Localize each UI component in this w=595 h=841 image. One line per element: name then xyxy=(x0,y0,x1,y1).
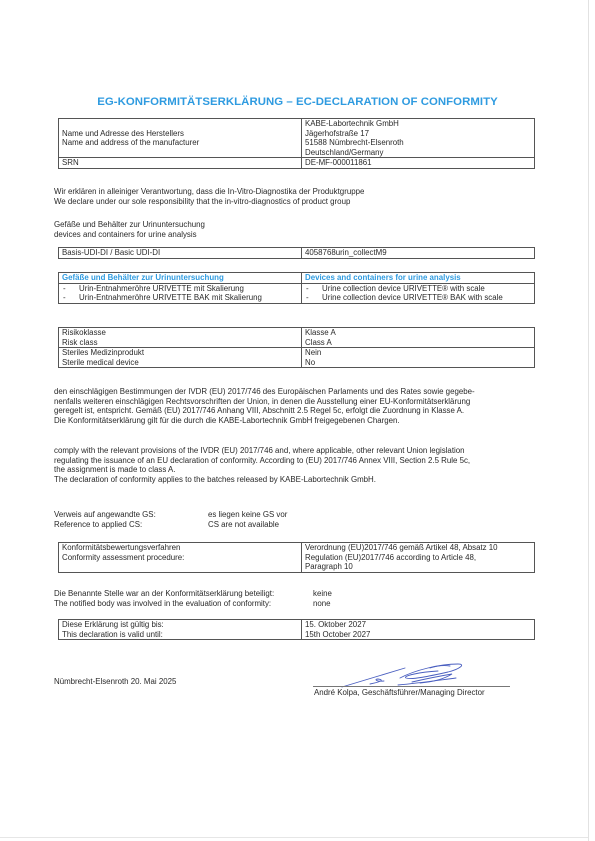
text-line: geregelt ist, entspricht. Gemäß (EU) 201… xyxy=(54,406,544,416)
products-header-de: Gefäße und Behälter zur Urinuntersuchung xyxy=(59,273,302,284)
label-de: Verweis auf angewandte GS: xyxy=(54,510,156,520)
notified-body-value: keine none xyxy=(313,589,332,608)
label-de: Steriles Medizinprodukt xyxy=(62,348,298,358)
value-en: CS are not available xyxy=(208,520,287,530)
label-de: Die Benannte Stelle war an der Konformit… xyxy=(54,589,274,599)
value-de: 15. Oktober 2027 xyxy=(305,620,531,630)
label-de: Risikoklasse xyxy=(62,328,298,338)
text-line: den einschlägigen Bestimmungen der IVDR … xyxy=(54,387,544,397)
text-line: comply with the relevant provisions of t… xyxy=(54,446,544,456)
product-name: Urin-Entnahmeröhre URIVETTE BAK mit Skal… xyxy=(79,293,262,302)
sterile-value: Nein No xyxy=(302,348,535,368)
value-en: No xyxy=(305,358,531,368)
product-item-en: -Urine collection device URIVETTE® with … xyxy=(302,283,535,303)
product-group: Gefäße und Behälter zur Urinuntersuchung… xyxy=(54,220,544,239)
document-title: EG-KONFORMITÄTSERKLÄRUNG – EC-DECLARATIO… xyxy=(0,96,595,108)
risk-value: Klasse A Class A xyxy=(302,328,535,348)
udi-label: Basis-UDI-DI / Basic UDI-DI xyxy=(59,248,302,259)
label-de: Konformitätsbewertungsverfahren xyxy=(62,543,298,553)
manufacturer-address: KABE-Labortechnik GmbH Jägerhofstraße 17… xyxy=(302,119,535,158)
compliance-text-en: comply with the relevant provisions of t… xyxy=(54,446,544,484)
value-en: 15th October 2027 xyxy=(305,630,531,640)
procedure-value: Verordnung (EU)2017/746 gemäß Artikel 48… xyxy=(302,543,535,573)
label-en: Risk class xyxy=(62,338,298,348)
intro-de: Wir erklären in alleiniger Verantwortung… xyxy=(54,187,544,197)
text-line: Paragraph 10 xyxy=(305,562,531,572)
page-edge xyxy=(588,0,589,841)
bullet-icon: - xyxy=(62,293,79,303)
address-line: Deutschland/Germany xyxy=(305,148,531,158)
cs-label: Verweis auf angewandte GS: Reference to … xyxy=(54,510,156,529)
address-line: 51588 Nümbrecht-Elsenroth xyxy=(305,138,531,148)
text-line: Regulation (EU)2017/746 according to Art… xyxy=(305,553,531,563)
value-de: Klasse A xyxy=(305,328,531,338)
cs-value: es liegen keine GS vor CS are not availa… xyxy=(208,510,287,529)
product-group-en: devices and containers for urine analysi… xyxy=(54,230,544,240)
product-item-de: -Urin-Entnahmeröhre URIVETTE mit Skalier… xyxy=(59,283,302,303)
product-name: Urine collection device URIVETTE® BAK wi… xyxy=(322,293,503,302)
value-de: es liegen keine GS vor xyxy=(208,510,287,520)
text-line: the assignment is made to class A. xyxy=(54,465,544,475)
signatory: André Kolpa, Geschäftsführer/Managing Di… xyxy=(314,688,485,697)
value-de: Nein xyxy=(305,348,531,358)
label-de: Diese Erklärung ist gültig bis: xyxy=(62,620,298,630)
products-table: Gefäße und Behälter zur Urinuntersuchung… xyxy=(58,272,535,304)
risk-label: Risikoklasse Risk class xyxy=(59,328,302,348)
procedure-table: Konformitätsbewertungsverfahren Conformi… xyxy=(58,542,535,573)
srn-label: SRN xyxy=(59,158,302,169)
text-line: nenfalls weiteren einschlägigen Rechtsvo… xyxy=(54,397,544,407)
signature-line xyxy=(313,686,510,687)
intro-text: Wir erklären in alleiniger Verantwortung… xyxy=(54,187,544,206)
value-de: keine xyxy=(313,589,332,599)
label-de: Name und Adresse des Herstellers xyxy=(62,129,298,139)
value-en: Class A xyxy=(305,338,531,348)
procedure-label: Konformitätsbewertungsverfahren Conformi… xyxy=(59,543,302,573)
label-en: This declaration is valid until: xyxy=(62,630,298,640)
validity-label: Diese Erklärung ist gültig bis: This dec… xyxy=(59,620,302,640)
list-item: -Urin-Entnahmeröhre URIVETTE BAK mit Ska… xyxy=(62,293,298,303)
product-name: Urin-Entnahmeröhre URIVETTE mit Skalieru… xyxy=(79,284,244,293)
bullet-icon: - xyxy=(62,284,79,294)
bullet-icon: - xyxy=(305,293,322,303)
validity-value: 15. Oktober 2027 15th October 2027 xyxy=(302,620,535,640)
risk-table: Risikoklasse Risk class Klasse A Class A… xyxy=(58,327,535,368)
manufacturer-label: Name und Adresse des Herstellers Name an… xyxy=(59,119,302,158)
place-date: Nümbrecht-Elsenroth 20. Mai 2025 xyxy=(54,677,176,686)
products-header-en: Devices and containers for urine analysi… xyxy=(302,273,535,284)
bullet-icon: - xyxy=(305,284,322,294)
address-line: Jägerhofstraße 17 xyxy=(305,129,531,139)
text-line: Verordnung (EU)2017/746 gemäß Artikel 48… xyxy=(305,543,531,553)
label-en: The notified body was involved in the ev… xyxy=(54,599,274,609)
list-item: -Urine collection device URIVETTE® with … xyxy=(305,284,531,294)
validity-table: Diese Erklärung ist gültig bis: This dec… xyxy=(58,619,535,640)
product-name: Urine collection device URIVETTE® with s… xyxy=(322,284,485,293)
list-item: -Urin-Entnahmeröhre URIVETTE mit Skalier… xyxy=(62,284,298,294)
srn-value: DE-MF-000011861 xyxy=(302,158,535,169)
intro-en: We declare under our sole responsibility… xyxy=(54,197,544,207)
manufacturer-table: Name und Adresse des Herstellers Name an… xyxy=(58,118,535,169)
value-en: none xyxy=(313,599,332,609)
notified-body-label: Die Benannte Stelle war an der Konformit… xyxy=(54,589,274,608)
sterile-label: Steriles Medizinprodukt Sterile medical … xyxy=(59,348,302,368)
label-en: Sterile medical device xyxy=(62,358,298,368)
text-line: regulating the issuance of an EU declara… xyxy=(54,456,544,466)
label-en: Reference to applied CS: xyxy=(54,520,156,530)
text-line: Die Konformitätserklärung gilt für die d… xyxy=(54,416,544,426)
address-line: KABE-Labortechnik GmbH xyxy=(305,119,531,129)
page-edge xyxy=(0,837,588,838)
compliance-text-de: den einschlägigen Bestimmungen der IVDR … xyxy=(54,387,544,425)
text-line: The declaration of conformity applies to… xyxy=(54,475,544,485)
udi-table: Basis-UDI-DI / Basic UDI-DI 4058768urin_… xyxy=(58,247,535,259)
udi-value: 4058768urin_collectM9 xyxy=(302,248,535,259)
list-item: -Urine collection device URIVETTE® BAK w… xyxy=(305,293,531,303)
label-en: Name and address of the manufacturer xyxy=(62,138,298,148)
product-group-de: Gefäße und Behälter zur Urinuntersuchung xyxy=(54,220,544,230)
label-en: Conformity assessment procedure: xyxy=(62,553,298,563)
